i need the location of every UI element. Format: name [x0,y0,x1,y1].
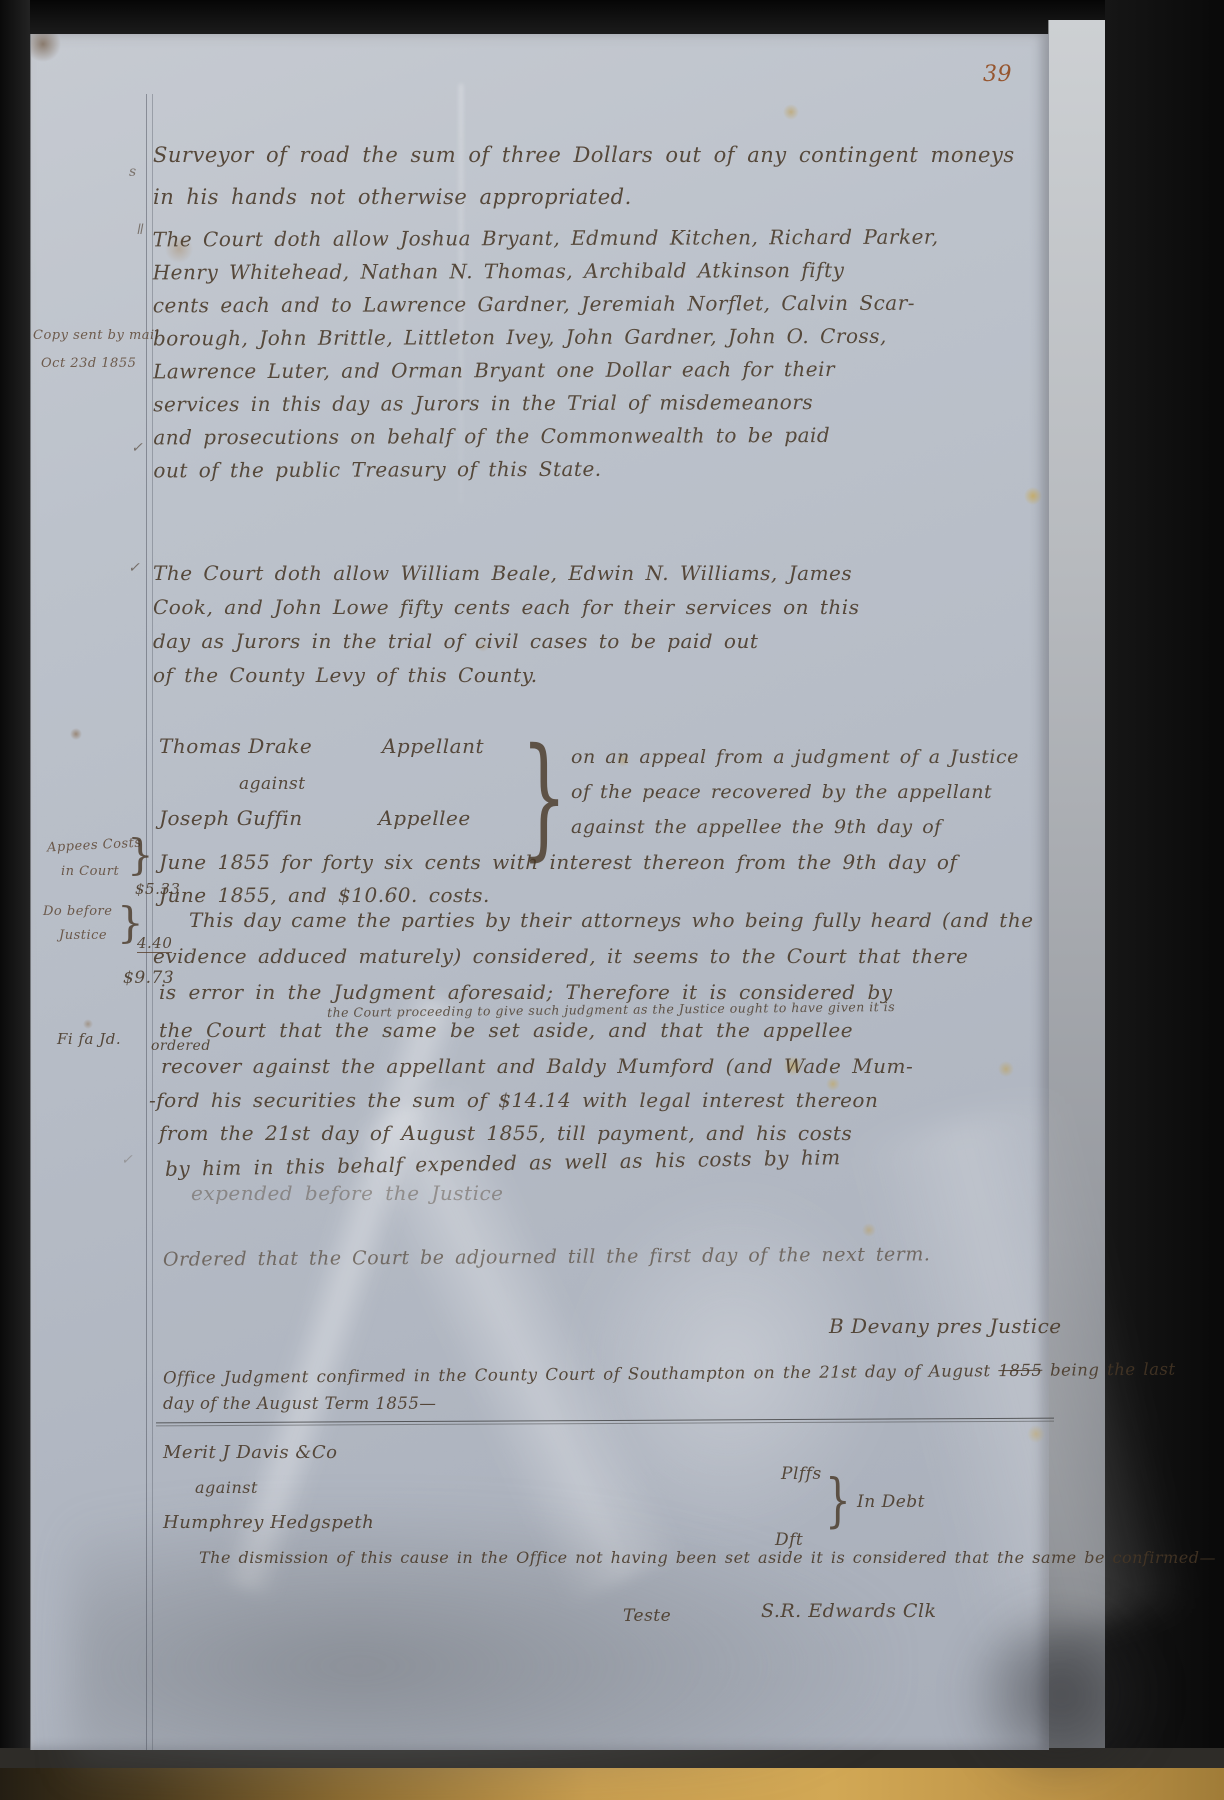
photo-of-court-record: 39 s ǁ ✓ ✓ ✓ Copy sent by mail Oct 23d 1… [0,0,1224,1800]
photo-dark-border-top [0,0,1224,34]
appellant-role: Appellant [382,734,484,758]
office-judgment-line2: day of the August Term 1855— [163,1394,436,1413]
adjournment-order: Ordered that the Court be adjourned till… [163,1243,931,1270]
text-line: against the appellee the 9th day of [571,810,1019,845]
brace-icon: } [127,830,154,879]
paragraph-jurors-civil: The Court doth allow William Beale, Edwi… [153,556,859,692]
text-line: on an appeal from a judgment of a Justic… [571,740,1019,775]
davis-against: against [195,1478,258,1497]
corner-shadow [961,1594,1161,1794]
case-caption-against: against [239,774,306,794]
margin-squiggle-mark: s [129,164,136,180]
margin-note-copy-date: Oct 23d 1855 [41,356,136,371]
margin-check-mark: ✓ [121,1152,133,1168]
page-edge-behind [1048,20,1106,1760]
text-line: out of the public Treasury of this State… [153,452,939,488]
text-line: of the peace recovered by the appellant [571,775,1019,810]
text-line: Henry Whitehead, Nathan N. Thomas, Archi… [153,254,939,290]
margin-note-justice: Justice [59,928,107,943]
davis-in-debt-label: In Debt [857,1492,925,1512]
judgment-line: -ford his securities the sum of $14.14 w… [149,1088,878,1112]
appellee-name: Joseph Guffin [159,806,303,830]
office-judgment-text: Office Judgment confirmed in the County … [163,1361,998,1387]
ink-divider-rule [156,1418,1054,1424]
text-line: Surveyor of road the sum of three Dollar… [153,134,1015,176]
appellee-role: Appellee [378,806,470,830]
dismission-order: The dismission of this cause in the Offi… [199,1548,1216,1567]
margin-double-bar-mark: ǁ [137,222,144,238]
teste-label: Teste [623,1606,671,1626]
text-line: borough, John Brittle, Littleton Ivey, J… [153,320,939,356]
davis-plffs-label: Plffs [781,1464,822,1484]
text-line: day as Jurors in the trial of civil case… [153,624,859,658]
margin-note-in-court: in Court [61,864,119,879]
case-caption-appellee: Joseph Guffin Appellee [159,806,471,830]
judgment-line: the Court that the same be set aside, an… [159,1018,853,1042]
justice-signature: B Devany pres Justice [829,1314,1062,1338]
margin-note-fifa: Fi fa Jd. [57,1030,121,1048]
margin-check-mark: ✓ [128,560,140,576]
text-line: The Court doth allow William Beale, Edwi… [153,556,859,590]
text-line: The Court doth allow Joshua Bryant, Edmu… [153,221,939,257]
page-number: 39 [983,62,1012,87]
text-line: cents each and to Lawrence Gardner, Jere… [153,287,939,323]
interlined-ordered: ordered [151,1038,211,1054]
text-line: services in this day as Jurors in the Tr… [153,386,939,422]
judgment-line: recover against the appellant and Baldy … [161,1054,913,1078]
appellant-name: Thomas Drake [159,734,312,758]
text-line: and prosecutions on behalf of the Common… [153,419,939,455]
photo-dark-border-left [0,0,30,1800]
judgment-line: by him in this behalf expended as well a… [165,1145,841,1181]
case-caption-appellant: Thomas Drake Appellant [159,734,484,758]
margin-note-do-before: Do before [43,904,112,919]
judgment-line: This day came the parties by their attor… [189,908,1034,932]
office-judgment-text: being the last [1042,1360,1175,1380]
margin-check-mark: ✓ [131,440,143,456]
manuscript-page: 39 s ǁ ✓ ✓ ✓ Copy sent by mail Oct 23d 1… [30,34,1049,1750]
text-line: June 1855 for forty six cents with inter… [159,846,957,879]
judgment-line: evidence adduced maturely) considered, i… [153,944,968,968]
paragraph-jurors-commonwealth: The Court doth allow Joshua Bryant, Edmu… [153,221,940,488]
brace-icon: } [825,1466,851,1534]
text-line: of the County Levy of this County. [153,658,859,692]
judgment-line: from the 21st day of August 1855, till p… [159,1121,852,1145]
appeal-description-continued: June 1855 for forty six cents with inter… [159,846,957,912]
appeal-description: on an appeal from a judgment of a Justic… [571,740,1019,845]
davis-dft-label: Dft [775,1530,803,1550]
text-line: Lawrence Luter, and Orman Bryant one Dol… [153,353,939,389]
text-line: Cook, and John Lowe fifty cents each for… [153,590,859,624]
judgment-line: expended before the Justice [191,1181,504,1205]
davis-plaintiff: Merit J Davis &Co [163,1442,338,1463]
struck-year: 1855 [998,1361,1042,1380]
photo-dark-border-right [1105,0,1224,1800]
clerk-signature: S.R. Edwards Clk [761,1600,937,1622]
paragraph-surveyor: Surveyor of road the sum of three Dollar… [153,134,1015,218]
office-judgment-line: Office Judgment confirmed in the County … [163,1360,1176,1388]
margin-note-copy-sent: Copy sent by mail [33,328,159,343]
sleeve-shadow [71,1504,891,1774]
davis-defendant: Humphrey Hedgspeth [163,1512,374,1533]
text-line: in his hands not otherwise appropriated. [153,176,1015,218]
